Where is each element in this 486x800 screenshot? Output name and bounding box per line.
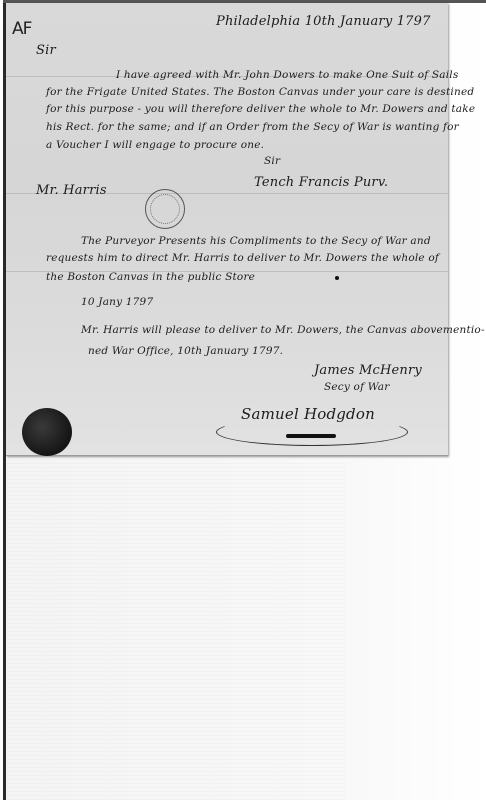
letter-page: AF Philadelphia 10th January 1797 Sir I …: [6, 3, 448, 456]
ink-dot: [335, 276, 339, 280]
signature-francis: Tench Francis Purv.: [254, 175, 388, 190]
purveyor-date: 10 Jany 1797: [81, 296, 153, 308]
signature-mchenry: James McHenry: [314, 363, 422, 378]
place-date: Philadelphia 10th January 1797: [216, 14, 431, 29]
purveyor-line: The Purveyor Presents his Compliments to…: [81, 235, 431, 247]
purveyor-line: the Boston Canvas in the public Store: [46, 271, 255, 283]
archive-stamp-icon: [145, 189, 185, 229]
signature-flourish: [216, 418, 408, 446]
salutation: Sir: [36, 43, 56, 58]
ink-stroke: [286, 434, 336, 438]
body-line: I have agreed with Mr. John Dowers to ma…: [116, 69, 458, 81]
purveyor-line: requests him to direct Mr. Harris to del…: [46, 252, 439, 264]
margin-note: AF: [12, 19, 31, 39]
wax-seal-icon: [22, 408, 72, 456]
body-line: a Voucher I will engage to procure one.: [46, 139, 264, 151]
body-line: for this purpose - you will therefore de…: [46, 103, 475, 115]
signature-title: Secy of War: [324, 381, 389, 393]
addressee: Mr. Harris: [36, 183, 107, 198]
closing: Sir: [264, 155, 280, 167]
body-line: for the Frigate United States. The Bosto…: [46, 86, 474, 98]
body-line: his Rect. for the same; and if an Order …: [46, 121, 459, 133]
scanner-texture: [6, 460, 346, 800]
order-line: ned War Office, 10th January 1797.: [88, 345, 283, 357]
order-line: Mr. Harris will please to deliver to Mr.…: [81, 324, 485, 336]
